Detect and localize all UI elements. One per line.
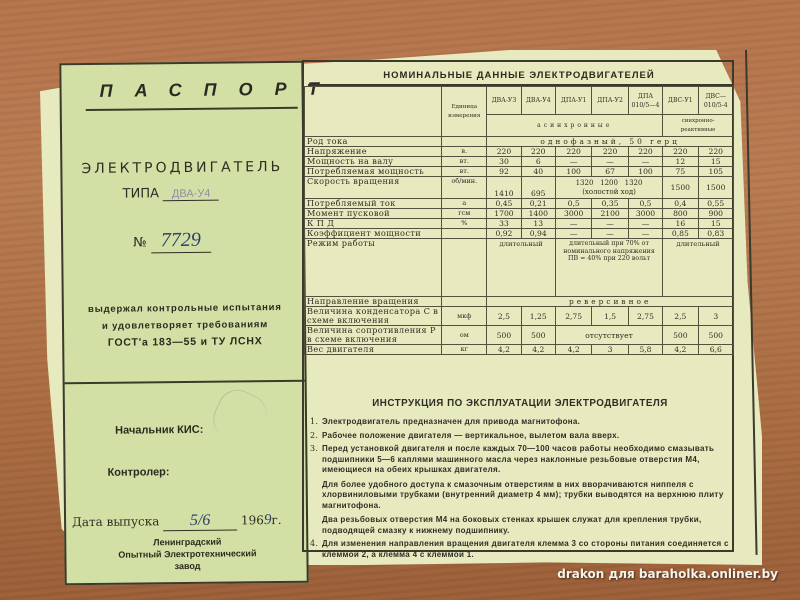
mode-cell: длительный: [663, 239, 734, 297]
release-date-line: Дата выпуска 5/6 1969г.: [72, 511, 282, 532]
section-divider: [65, 380, 305, 385]
instruction-paragraph: Два резьбовых отверстия М4 на боковых ст…: [322, 515, 730, 536]
row-unit: об/мин.: [442, 177, 487, 199]
cell: 1,5: [592, 307, 628, 326]
cell: 500: [698, 326, 733, 345]
row-unit: гсм: [442, 209, 487, 219]
row-unit: вт.: [442, 157, 487, 167]
group-sync: синхронно-реактивные: [663, 115, 734, 137]
type-line: ТИПА ДВА-У4: [123, 186, 220, 202]
cell: 220: [592, 147, 628, 157]
cell: 2100: [592, 209, 628, 219]
cell: 15: [698, 157, 733, 167]
cell: 0,83: [698, 229, 733, 239]
instructions-section: ИНСТРУКЦИЯ ПО ЭКСПЛУАТАЦИИ ЭЛЕКТРОДВИГАТ…: [310, 392, 730, 563]
instructions-title: ИНСТРУКЦИЯ ПО ЭКСПЛУАТАЦИИ ЭЛЕКТРОДВИГАТ…: [310, 398, 730, 409]
row-label: Режим работы: [305, 239, 442, 297]
cell: 13: [521, 219, 555, 229]
release-date-value: 5/6: [163, 511, 237, 531]
cell: 220: [487, 147, 521, 157]
cell: 4,2: [487, 345, 521, 355]
cell: —: [592, 229, 628, 239]
item-text: Электродвигатель предназначен для привод…: [322, 417, 580, 428]
specs-panel: НОМИНАЛЬНЫЕ ДАННЫЕ ЭЛЕКТРОДВИГАТЕЛЕЙ Еди…: [302, 60, 734, 552]
cell: 900: [698, 209, 733, 219]
cell: 1400: [521, 209, 555, 219]
factory-name: Ленинградский Опытный Электротехнический…: [72, 535, 302, 573]
cell: —: [555, 157, 591, 167]
table-row: Напряжение в. 220 220 220 220 220 220 22…: [305, 147, 734, 157]
table-row: Род тока однофазный, 50 герц: [305, 137, 734, 147]
row-unit: [442, 239, 487, 297]
cell: 3000: [555, 209, 591, 219]
row-label: Момент пусковой: [305, 209, 442, 219]
cell: 0,35: [592, 199, 628, 209]
table-row: Величина сопротивления Р в схеме включен…: [305, 326, 734, 345]
instruction-item: 3. Перед установкой двигателя и после ка…: [310, 444, 730, 476]
cell: 33: [487, 219, 521, 229]
cell: 4,2: [521, 345, 555, 355]
row-unit: вт.: [442, 167, 487, 177]
cell: 695: [521, 177, 555, 199]
cell: 5,8: [628, 345, 662, 355]
item-number: 2.: [310, 431, 322, 442]
serial-number-value: 7729: [151, 229, 211, 254]
cell: отсутствует: [555, 326, 662, 345]
motor-label: ЭЛЕКТРОДВИГАТЕЛЬ: [72, 159, 292, 177]
cell: 220: [628, 147, 662, 157]
statement-line-3: ГОСТ'а 183—55 и ТУ ЛСНХ: [70, 333, 300, 352]
row-unit: а: [442, 199, 487, 209]
mode-cell: длительный: [487, 239, 556, 297]
cell: 100: [555, 167, 591, 177]
table-row: Вес двигателя кг 4,2 4,2 4,2 3 5,8 4,2 6…: [305, 345, 734, 355]
table-row: Величина конденсатора С в схеме включени…: [305, 307, 734, 326]
cell: 0,5: [555, 199, 591, 209]
header-models-row: Единица измерения ДВА-У3 ДВА-У4 ДПА-У1 Д…: [305, 87, 734, 115]
table-row: Потребляемая мощность вт. 92 40 100 67 1…: [305, 167, 734, 177]
model-header: ДВА-У3: [487, 87, 521, 115]
cell: 2,5: [487, 307, 521, 326]
cell: 0,45: [487, 199, 521, 209]
cell: 100: [628, 167, 662, 177]
instruction-item: 4. Для изменения направления вращения дв…: [310, 539, 730, 560]
row-unit: кг: [442, 345, 487, 355]
row-unit: мкф: [442, 307, 487, 326]
cell: —: [555, 219, 591, 229]
serial-number-line: № 7729: [133, 229, 211, 254]
row-unit: [442, 229, 487, 239]
cell: 1320: [625, 179, 643, 187]
item-text: Перед установкой двигателя и после кажды…: [322, 444, 730, 476]
model-header: ДПА 010/5—4: [628, 87, 662, 115]
cell: 12: [663, 157, 698, 167]
factory-line-3: завод: [72, 559, 302, 573]
row-unit: ом: [442, 326, 487, 345]
row-label: К П Д: [305, 219, 442, 229]
cell: 0,5: [628, 199, 662, 209]
cell: реверсивное: [487, 297, 734, 307]
number-label: №: [133, 235, 147, 250]
instruction-item: 1. Электродвигатель предназначен для при…: [310, 417, 730, 428]
cell: 1320: [576, 179, 594, 187]
cell: 75: [663, 167, 698, 177]
cell: 3000: [628, 209, 662, 219]
type-label: ТИПА: [123, 186, 159, 201]
cell: 40: [521, 167, 555, 177]
item-text: Для изменения направления вращения двига…: [322, 539, 730, 560]
cell: 220: [555, 147, 591, 157]
cell: 4,2: [663, 345, 698, 355]
instruction-paragraph: Для более удобного доступа к смазочным о…: [322, 480, 730, 512]
inspector-label: Контролер:: [108, 466, 170, 479]
cell: —: [592, 157, 628, 167]
table-row: Режим работы длительный длительный при 7…: [305, 239, 734, 297]
cell: 220: [698, 147, 733, 157]
item-number: 3.: [310, 444, 322, 476]
cell: 500: [487, 326, 521, 345]
cell: 2,75: [555, 307, 591, 326]
row-label: Коэффициент мощности: [305, 229, 442, 239]
row-label: Величина сопротивления Р в схеме включен…: [305, 326, 442, 345]
cell: —: [628, 157, 662, 167]
cell: 0,92: [487, 229, 521, 239]
cell: 0,94: [521, 229, 555, 239]
row-label: Мощность на валу: [305, 157, 442, 167]
item-number: 4.: [310, 539, 322, 560]
cell: 0,4: [663, 199, 698, 209]
cell: 0,85: [663, 229, 698, 239]
instruction-item: 2. Рабочее положение двигателя — вертика…: [310, 431, 730, 442]
cell: 15: [698, 219, 733, 229]
cell: 220: [521, 147, 555, 157]
cell: 92: [487, 167, 521, 177]
table-row: Скорость вращения об/мин. 1410 695 1320 …: [305, 177, 734, 199]
row-label: Напряжение: [305, 147, 442, 157]
row-unit: %: [442, 219, 487, 229]
cell: —: [592, 219, 628, 229]
cell: 6: [521, 157, 555, 167]
row-label: Род тока: [305, 137, 442, 147]
param-header: [305, 87, 442, 137]
row-unit: [442, 297, 487, 307]
row-label: Потребляемая мощность: [305, 167, 442, 177]
cell: 4,2: [555, 345, 591, 355]
model-header: ДПА-У2: [592, 87, 628, 115]
release-label: Дата выпуска: [72, 514, 159, 529]
cell: 0,21: [521, 199, 555, 209]
cell: 3: [592, 345, 628, 355]
model-header: ДВА-У4: [521, 87, 555, 115]
cell: 2,5: [663, 307, 698, 326]
item-text: Рабочее положение двигателя — вертикальн…: [322, 431, 619, 442]
row-unit: в.: [442, 147, 487, 157]
row-label: Вес двигателя: [305, 345, 442, 355]
cell: 1200: [600, 179, 618, 187]
cell: 3: [698, 307, 733, 326]
specs-table: Единица измерения ДВА-У3 ДВА-У4 ДПА-У1 Д…: [304, 86, 734, 355]
item-number: 1.: [310, 417, 322, 428]
group-async: асинхронные: [487, 115, 663, 137]
table-row: Направление вращения реверсивное: [305, 297, 734, 307]
cell: 1500: [698, 177, 733, 199]
model-header: ДПА-У1: [555, 87, 591, 115]
table-row: К П Д % 33 13 — — — 16 15: [305, 219, 734, 229]
passport-panel: ПАСПОРТ ЭЛЕКТРОДВИГАТЕЛЬ ТИПА ДВА-У4 № 7…: [59, 61, 308, 586]
cell: 6,6: [698, 345, 733, 355]
cell: 1500: [663, 177, 698, 199]
cell: 0,55: [698, 199, 733, 209]
statement-line-2: и удовлетворяет требованиям: [70, 316, 300, 335]
unit-header: Единица измерения: [442, 87, 487, 137]
model-header: ДВС—010/5-4: [698, 87, 733, 115]
chief-label: Начальник КИС:: [115, 424, 203, 437]
cell: —: [628, 229, 662, 239]
cell: 500: [521, 326, 555, 345]
row-label: Скорость вращения: [305, 177, 442, 199]
cell: однофазный, 50 герц: [487, 137, 734, 147]
cell: —: [628, 219, 662, 229]
cell: 1410: [487, 177, 521, 199]
mode-cell: длительный при 70% от номинального напря…: [555, 239, 662, 297]
specs-title: НОМИНАЛЬНЫЕ ДАННЫЕ ЭЛЕКТРОДВИГАТЕЛЕЙ: [304, 70, 734, 81]
pencil-signature-mark: [207, 383, 273, 449]
row-label: Величина конденсатора С в схеме включени…: [305, 307, 442, 326]
table-row: Мощность на валу вт. 30 6 — — — 12 15: [305, 157, 734, 167]
type-value: ДВА-У4: [163, 188, 219, 202]
table-row: Коэффициент мощности 0,92 0,94 — — — 0,8…: [305, 229, 734, 239]
release-year-suffix: г.: [271, 513, 281, 527]
cell: 220: [663, 147, 698, 157]
compliance-statement: выдержал контрольные испытания и удовлет…: [70, 299, 301, 352]
table-row: Момент пусковой гсм 1700 1400 3000 2100 …: [305, 209, 734, 219]
cell: 16: [663, 219, 698, 229]
row-label: Направление вращения: [305, 297, 442, 307]
model-header: ДВС-У1: [663, 87, 698, 115]
cell: 1,25: [521, 307, 555, 326]
cell: 800: [663, 209, 698, 219]
cell: 30: [487, 157, 521, 167]
cell: —: [555, 229, 591, 239]
cell: 1700: [487, 209, 521, 219]
row-unit: [442, 137, 487, 147]
table-row: Потребляемый ток а 0,45 0,21 0,5 0,35 0,…: [305, 199, 734, 209]
cell: 500: [663, 326, 698, 345]
cell: 67: [592, 167, 628, 177]
speed-idle-cell: 1320 1200 1320 (холостой ход): [555, 177, 662, 199]
cell: 2,75: [628, 307, 662, 326]
row-label: Потребляемый ток: [305, 199, 442, 209]
idle-note: (холостой ход): [582, 188, 636, 196]
cell: 105: [698, 167, 733, 177]
release-year-prefix: 196: [241, 513, 264, 527]
watermark: drakon для baraholka.onliner.by: [557, 567, 778, 581]
title-underline: [86, 107, 298, 111]
